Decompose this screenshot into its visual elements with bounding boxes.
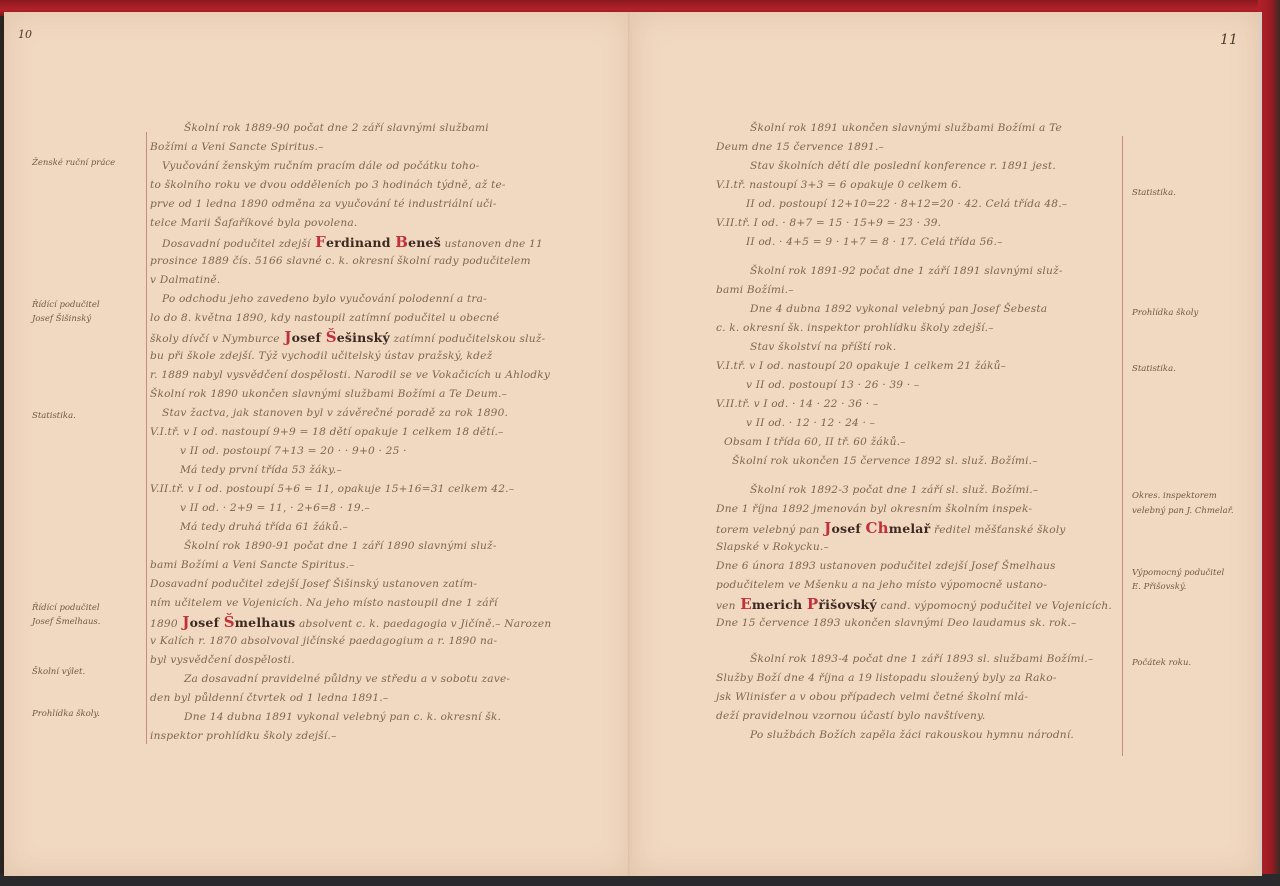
margin-note: Prohlídka školy. xyxy=(32,708,100,720)
margin-note: Ženské ruční práce xyxy=(32,157,115,169)
line-text: Obsam I třída 60, II tř. 60 žáků.– xyxy=(724,436,906,448)
text-line: Stav školství na příští rok. xyxy=(716,338,1063,357)
margin-note: Řídící podučitel xyxy=(32,602,100,614)
name-rest: řišovský xyxy=(818,597,877,612)
paragraph: Školní rok 1892-3 počat dne 1 září sl. s… xyxy=(716,481,1112,633)
line-text: inspektor prohlídku školy zdejší.– xyxy=(150,730,337,742)
line-text: podučitelem ve Mšenku a na jeho místo vý… xyxy=(716,579,1047,591)
highlighted-name: Josef Chmelař xyxy=(820,521,931,536)
text-line: Školní rok 1890-91 počat dne 1 září 1890… xyxy=(150,537,551,556)
line-text: Školní rok 1891-92 počat dne 1 září 1891… xyxy=(750,265,1063,277)
highlighted-name: Josef Šmelhaus xyxy=(178,615,296,630)
right-page: 11 Statistika.Prohlídka školyStatistika.… xyxy=(631,12,1262,876)
text-line: v II od. · 12 · 12 · 24 · – xyxy=(716,414,1063,433)
text-line: v Dalmatině. xyxy=(150,271,543,290)
line-text: Dne 1 října 1892 jmenován byl okresním š… xyxy=(716,503,1032,515)
text-line: bu při škole zdejší. Týž vychodil učitel… xyxy=(150,347,550,366)
name-initial-red: Š xyxy=(224,613,235,631)
margin-note: Josef Šmelhaus. xyxy=(32,616,100,628)
text-line: Dosavadní podučitel zdejší Ferdinand Ben… xyxy=(150,233,543,252)
highlighted-name: Emerich Přišovský xyxy=(736,597,877,612)
line-text: v II od. postoupí 13 · 26 · 39 · – xyxy=(746,379,919,391)
line-text: Dosavadní podučitel zdejší xyxy=(162,238,311,250)
line-text: Za dosavadní pravidelné půldny ve středu… xyxy=(184,673,510,685)
text-line: Má tedy druhá třída 61 žáků.– xyxy=(150,518,514,537)
name-initial-red: F xyxy=(315,233,326,251)
name-rest: osef xyxy=(831,521,865,536)
name-initial-red: E xyxy=(740,595,752,613)
text-line: Slapské v Rokycku.– xyxy=(716,538,1112,557)
name-rest: melař xyxy=(889,521,931,536)
text-line: prosince 1889 čís. 5166 slavné c. k. okr… xyxy=(150,252,543,271)
line-text: den byl půldenní čtvrtek od 1 ledna 1891… xyxy=(150,692,388,704)
text-line: Školní rok 1893-4 počat dne 1 září 1893 … xyxy=(716,650,1093,669)
text-line: Školní rok 1891 ukončen slavnými službam… xyxy=(716,119,1067,138)
text-line: inspektor prohlídku školy zdejší.– xyxy=(150,727,510,746)
paragraph: Školní rok 1890-91 počat dne 1 září 1890… xyxy=(150,537,551,670)
line-text: Má tedy druhá třída 61 žáků.– xyxy=(180,521,348,533)
highlighted-name: Ferdinand Beneš xyxy=(311,235,441,250)
text-line: bami Božími a Veni Sancte Spiritus.– xyxy=(150,556,551,575)
line-text: v II od. postoupí 7+13 = 20 · · 9+0 · 25… xyxy=(180,445,407,457)
name-initial-red: B xyxy=(395,233,408,251)
text-line: Školní rok ukončen 15 července 1892 sl. … xyxy=(716,452,1063,471)
line-text: Školní rok 1889-90 počat dne 2 září slav… xyxy=(184,122,489,134)
line-text: Dosavadní podučitel zdejší Josef Šišinsk… xyxy=(150,578,477,590)
paragraph: Školní rok 1893-4 počat dne 1 září 1893 … xyxy=(716,650,1093,745)
line-text: bu při škole zdejší. Týž vychodil učitel… xyxy=(150,350,492,362)
line-text: r. 1889 nabyl vysvědčení dospělosti. Nar… xyxy=(150,369,550,381)
text-line: den byl půldenní čtvrtek od 1 ledna 1891… xyxy=(150,689,510,708)
line-text: v II od. · 12 · 12 · 24 · – xyxy=(746,417,875,429)
line-text: v Kalích r. 1870 absolvoval jičínské pae… xyxy=(150,635,497,647)
text-line: Dne 4 dubna 1892 vykonal velebný pan Jos… xyxy=(716,300,1063,319)
margin-note: Statistika. xyxy=(32,410,76,422)
text-line: II od. · 4+5 = 9 · 1+7 = 8 · 17. Celá tř… xyxy=(716,233,1067,252)
text-line: v Kalích r. 1870 absolvoval jičínské pae… xyxy=(150,632,551,651)
line-text: Dne 6 února 1893 ustanoven podučitel zde… xyxy=(716,560,1056,572)
line-text: V.I.tř. nastoupí 3+3 = 6 opakuje 0 celke… xyxy=(716,179,962,191)
margin-note: Řídící podučitel xyxy=(32,299,100,311)
line-text: Po odchodu jeho zavedeno bylo vyučování … xyxy=(162,293,487,305)
text-line: v II od. postoupí 13 · 26 · 39 · – xyxy=(716,376,1063,395)
paragraph: Stav žactva, jak stanoven byl v závěrečn… xyxy=(150,404,514,537)
name-rest: osef xyxy=(292,330,326,345)
line-text: byl vysvědčení dospělosti. xyxy=(150,654,295,666)
text-line: byl vysvědčení dospělosti. xyxy=(150,651,551,670)
text-line: podučitelem ve Mšenku a na jeho místo vý… xyxy=(716,576,1112,595)
paragraph: Vyučování ženským ručním pracím dále od … xyxy=(150,157,506,233)
margin-note: Okres. inspektorem xyxy=(1132,490,1217,502)
line-text: Školní rok 1890-91 počat dne 1 září 1890… xyxy=(184,540,497,552)
text-line: V.II.tř. I od. · 8+7 = 15 · 15+9 = 23 · … xyxy=(716,214,1067,233)
name-rest: merich xyxy=(752,597,807,612)
line-text: Deum dne 15 července 1891.– xyxy=(716,141,884,153)
paragraph: Školní rok 1891 ukončen slavnými službam… xyxy=(716,119,1067,252)
text-line: ním učitelem ve Vojenicích. Na jeho míst… xyxy=(150,594,551,613)
line-text: bami Božími.– xyxy=(716,284,794,296)
line-text: Dne 4 dubna 1892 vykonal velebný pan Jos… xyxy=(750,303,1047,315)
text-line: V.I.tř. nastoupí 3+3 = 6 opakuje 0 celke… xyxy=(716,176,1067,195)
margin-note: Statistika. xyxy=(1132,187,1176,199)
name-initial-red: J xyxy=(182,613,189,631)
line-text: telce Marii Šafaříkové byla povolena. xyxy=(150,217,357,229)
text-line: II od. postoupí 12+10=22 · 8+12=20 · 42.… xyxy=(716,195,1067,214)
text-line: bami Božími.– xyxy=(716,281,1063,300)
text-line: Za dosavadní pravidelné půldny ve středu… xyxy=(150,670,510,689)
margin-note: Prohlídka školy xyxy=(1132,307,1198,319)
text-line: školy dívčí v Nymburce Josef Šešinský za… xyxy=(150,328,550,347)
text-line: Dne 14 dubna 1891 vykonal velebný pan c.… xyxy=(150,708,510,727)
text-line: Školní rok 1892-3 počat dne 1 září sl. s… xyxy=(716,481,1112,500)
line-text: Vyučování ženským ručním pracím dále od … xyxy=(162,160,479,172)
text-line: torem velebný pan Josef Chmelař ředitel … xyxy=(716,519,1112,538)
text-line: prve od 1 ledna 1890 odměna za vyučování… xyxy=(150,195,506,214)
text-line: Po odchodu jeho zavedeno bylo vyučování … xyxy=(150,290,550,309)
name-initial-red: P xyxy=(807,595,818,613)
margin-note: Josef Šišinský xyxy=(32,313,91,325)
text-line: Po službách Božích zapěla žáci rakouskou… xyxy=(716,726,1093,745)
text-line: Obsam I třída 60, II tř. 60 žáků.– xyxy=(716,433,1063,452)
name-rest: osef xyxy=(190,615,224,630)
text-line: to školního roku ve dvou odděleních po 3… xyxy=(150,176,506,195)
line-text: Stav školních dětí dle poslední konferen… xyxy=(750,160,1056,172)
line-text: Stav žactva, jak stanoven byl v závěrečn… xyxy=(162,407,508,419)
margin-note: Výpomocný podučitel xyxy=(1132,567,1224,579)
paragraph: Po odchodu jeho zavedeno bylo vyučování … xyxy=(150,290,550,404)
text-line: r. 1889 nabyl vysvědčení dospělosti. Nar… xyxy=(150,366,550,385)
line-text: II od. postoupí 12+10=22 · 8+12=20 · 42.… xyxy=(746,198,1067,210)
name-initial-red: Š xyxy=(326,328,337,346)
line-text: ven xyxy=(716,600,736,612)
margin-note: velebný pan J. Chmelař. xyxy=(1132,505,1234,517)
line-text: V.II.tř. I od. · 8+7 = 15 · 15+9 = 23 · … xyxy=(716,217,941,229)
line-text: v II od. · 2+9 = 11, · 2+6=8 · 19.– xyxy=(180,502,370,514)
text-line: V.II.tř. v I od. · 14 · 22 · 36 · – xyxy=(716,395,1063,414)
line-text: V.II.tř. v I od. · 14 · 22 · 36 · – xyxy=(716,398,878,410)
text-line: jsk Wlinisťer a v obou případech velmi č… xyxy=(716,688,1093,707)
paragraph: Dosavadní podučitel zdejší Ferdinand Ben… xyxy=(150,233,543,290)
line-text: V.I.tř. v I od. nastoupí 9+9 = 18 dětí o… xyxy=(150,426,504,438)
line-text-after: absolvent c. k. paedagogia v Jičíně.– Na… xyxy=(295,618,551,630)
text-line: V.II.tř. v I od. postoupí 5+6 = 11, opak… xyxy=(150,480,514,499)
text-line: deží pravidelnou vzornou účastí bylo nav… xyxy=(716,707,1093,726)
text-line: Školní rok 1891-92 počat dne 1 září 1891… xyxy=(716,262,1063,281)
line-text-after: cand. výpomocný podučitel ve Vojenicích. xyxy=(877,600,1112,612)
right-margin-rule xyxy=(1122,136,1123,756)
paragraph: Školní rok 1889-90 počat dne 2 září slav… xyxy=(150,119,489,157)
name-initial-red: J xyxy=(284,328,291,346)
line-text-after: ustanoven dne 11 xyxy=(441,238,543,250)
text-line: telce Marii Šafaříkové byla povolena. xyxy=(150,214,506,233)
name-initial-red: Ch xyxy=(866,519,889,537)
text-line: Dne 15 července 1893 ukončen slavnými De… xyxy=(716,614,1112,633)
line-text: Dne 15 července 1893 ukončen slavnými De… xyxy=(716,617,1077,629)
text-line: v II od. · 2+9 = 11, · 2+6=8 · 19.– xyxy=(150,499,514,518)
paragraph: Školní rok 1891-92 počat dne 1 září 1891… xyxy=(716,262,1063,471)
margin-note: Počátek roku. xyxy=(1132,657,1191,669)
line-text: ním učitelem ve Vojenicích. Na jeho míst… xyxy=(150,597,498,609)
text-line: Stav žactva, jak stanoven byl v závěrečn… xyxy=(150,404,514,423)
margin-note: Školní výlet. xyxy=(32,666,85,678)
text-line: v II od. postoupí 7+13 = 20 · · 9+0 · 25… xyxy=(150,442,514,461)
text-line: Školní rok 1890 ukončen slavnými službam… xyxy=(150,385,550,404)
line-text: prosince 1889 čís. 5166 slavné c. k. okr… xyxy=(150,255,531,267)
left-page-number: 10 xyxy=(18,28,32,41)
text-line: lo do 8. května 1890, kdy nastoupil zatí… xyxy=(150,309,550,328)
text-line: Vyučování ženským ručním pracím dále od … xyxy=(150,157,506,176)
left-page: 10 Ženské ruční práceŘídící podučitelJos… xyxy=(4,12,631,876)
margin-note: Statistika. xyxy=(1132,363,1176,375)
name-rest: melhaus xyxy=(235,615,296,630)
line-text: Školní rok 1891 ukončen slavnými službam… xyxy=(750,122,1062,134)
highlighted-name: Josef Šešinský xyxy=(280,330,390,345)
line-text: Služby Boží dne 4 října a 19 listopadu s… xyxy=(716,672,1057,684)
line-text: Školní rok 1893-4 počat dne 1 září 1893 … xyxy=(750,653,1093,665)
line-text: Dne 14 dubna 1891 vykonal velebný pan c.… xyxy=(184,711,501,723)
line-text: školy dívčí v Nymburce xyxy=(150,333,280,345)
text-line: V.I.tř. v I od. nastoupí 9+9 = 18 dětí o… xyxy=(150,423,514,442)
line-text: Po službách Božích zapěla žáci rakouskou… xyxy=(750,729,1074,741)
line-text: V.I.tř. v I od. nastoupí 20 opakuje 1 ce… xyxy=(716,360,1006,372)
line-text: deží pravidelnou vzornou účastí bylo nav… xyxy=(716,710,985,722)
text-line: Deum dne 15 července 1891.– xyxy=(716,138,1067,157)
line-text-after: ředitel měšťanské školy xyxy=(930,524,1065,536)
text-line: Stav školních dětí dle poslední konferen… xyxy=(716,157,1067,176)
line-text: to školního roku ve dvou odděleních po 3… xyxy=(150,179,506,191)
name-rest: eneš xyxy=(408,235,441,250)
name-rest: ešinský xyxy=(337,330,390,345)
line-text: v Dalmatině. xyxy=(150,274,220,286)
text-line: Božími a Veni Sancte Spiritus.– xyxy=(150,138,489,157)
text-line: Dne 1 října 1892 jmenován byl okresním š… xyxy=(716,500,1112,519)
text-line: Dosavadní podučitel zdejší Josef Šišinsk… xyxy=(150,575,551,594)
line-text: lo do 8. května 1890, kdy nastoupil zatí… xyxy=(150,312,499,324)
line-text: c. k. okresní šk. inspektor prohlídku šk… xyxy=(716,322,994,334)
line-text: Školní rok ukončen 15 července 1892 sl. … xyxy=(732,455,1038,467)
line-text: 1890 xyxy=(150,618,178,630)
text-line: 1890 Josef Šmelhaus absolvent c. k. paed… xyxy=(150,613,551,632)
line-text-after: zatímní podučitelskou služ- xyxy=(390,333,545,345)
line-text: Slapské v Rokycku.– xyxy=(716,541,829,553)
paragraph: Za dosavadní pravidelné půldny ve středu… xyxy=(150,670,510,746)
name-rest: erdinand xyxy=(326,235,395,250)
left-margin-rule xyxy=(146,132,147,744)
text-line: Služby Boží dne 4 října a 19 listopadu s… xyxy=(716,669,1093,688)
line-text: Školní rok 1890 ukončen slavnými službam… xyxy=(150,388,507,400)
text-line: c. k. okresní šk. inspektor prohlídku šk… xyxy=(716,319,1063,338)
text-line: V.I.tř. v I od. nastoupí 20 opakuje 1 ce… xyxy=(716,357,1063,376)
line-text: Školní rok 1892-3 počat dne 1 září sl. s… xyxy=(750,484,1038,496)
line-text: bami Božími a Veni Sancte Spiritus.– xyxy=(150,559,355,571)
line-text: Božími a Veni Sancte Spiritus.– xyxy=(150,141,324,153)
margin-note: E. Přišovský. xyxy=(1132,581,1186,593)
line-text: II od. · 4+5 = 9 · 1+7 = 8 · 17. Celá tř… xyxy=(746,236,1003,248)
line-text: torem velebný pan xyxy=(716,524,820,536)
line-text: jsk Wlinisťer a v obou případech velmi č… xyxy=(716,691,1028,703)
line-text: Stav školství na příští rok. xyxy=(750,341,896,353)
text-line: ven Emerich Přišovský cand. výpomocný po… xyxy=(716,595,1112,614)
text-line: Dne 6 února 1893 ustanoven podučitel zde… xyxy=(716,557,1112,576)
text-line: Má tedy první třída 53 žáky.– xyxy=(150,461,514,480)
line-text: V.II.tř. v I od. postoupí 5+6 = 11, opak… xyxy=(150,483,514,495)
right-page-number: 11 xyxy=(1220,32,1238,48)
line-text: Má tedy první třída 53 žáky.– xyxy=(180,464,342,476)
line-text: prve od 1 ledna 1890 odměna za vyučování… xyxy=(150,198,497,210)
text-line: Školní rok 1889-90 počat dne 2 září slav… xyxy=(150,119,489,138)
